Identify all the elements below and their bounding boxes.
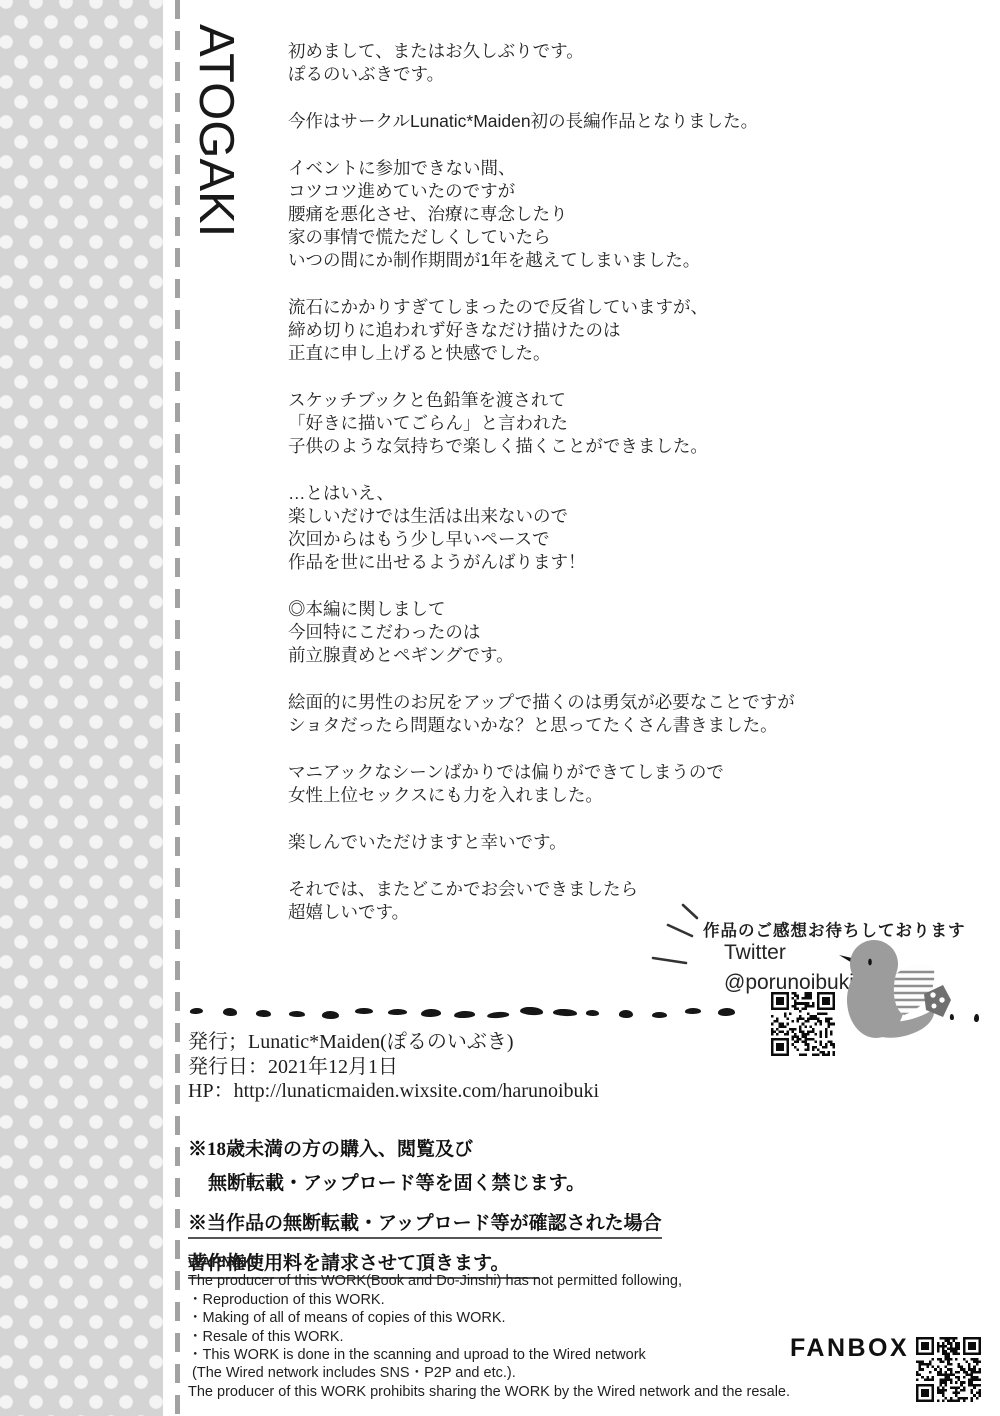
divider-dash [974,1014,979,1022]
warning-body: The producer of this WORK(Book and Do-Ji… [188,1272,790,1401]
bird-illustration [836,926,1000,1052]
afterword-paragraph: 流石にかかりすぎてしまったので反省していますが、 締め切りに追われず好きなだけ描… [288,296,978,365]
divider-dash [256,1009,271,1016]
divider-dash [289,1011,305,1017]
fanbox-qr-code [916,1337,981,1402]
publish-date-line: 発行日：2021年12月1日 [188,1055,599,1080]
divider-dash [355,1008,373,1015]
divider-dash [487,1011,509,1018]
hand-drawn-divider [190,1006,770,1020]
afterword-paragraph: イベントに参加できない間、 コツコツ進めていたのですが 腰痛を悪化させ、治療に専… [288,157,978,272]
vertical-dashed-divider [175,0,180,1416]
atogaki-vertical-title: ATOGAKI [188,24,244,294]
divider-dash [553,1008,577,1016]
publication-info: 発行；Lunatic*Maiden(ぽるのいぶき) 発行日：2021年12月1日… [188,1030,599,1104]
divider-dash [685,1008,701,1014]
publisher-line: 発行；Lunatic*Maiden(ぽるのいぶき) [188,1030,599,1055]
afterword-paragraph: 絵面的に男性のお尻をアップで描くのは勇気が必要なことですが ショタだったら問題な… [288,691,978,737]
bird-eye [868,959,872,966]
afterword-page: ATOGAKI 初めまして、またはお久しぶりです。 ぽるのいぶきです。 今作はサ… [0,0,1000,1416]
divider-dash [454,1010,475,1018]
divider-dash [652,1012,667,1019]
afterword-paragraph: スケッチブックと色鉛筆を渡されて 「好きに描いてごらん」と言われた 子供のような… [288,389,978,458]
hand-drawn-divider-end [950,1013,998,1025]
divider-dash [520,1006,543,1015]
twitter-label: Twitter [724,941,786,965]
warning-title: WARNING: [188,1254,790,1272]
divider-dash [322,1011,339,1019]
afterword-paragraph: 初めまして、またはお久しぶりです。 ぽるのいぶきです。 [288,40,978,86]
afterword-text: 初めまして、またはお久しぶりです。 ぽるのいぶきです。 今作はサークルLunat… [288,40,978,948]
twitter-qr-code [771,992,835,1056]
divider-dash [190,1008,203,1014]
notice-line-2: 無断転載・アップロード等を固く禁じます。 [208,1168,662,1195]
afterword-paragraph: 今作はサークルLunatic*Maiden初の長編作品となりました。 [288,110,978,133]
divider-dash [223,1008,237,1016]
english-warning: WARNING: The producer of this WORK(Book … [188,1254,790,1401]
divider-dash [950,1014,955,1020]
divider-dash [421,1009,441,1017]
fanbox-label: FANBOX [790,1334,909,1363]
afterword-paragraph: 楽しんでいただけますと幸いです。 [288,831,978,854]
notice-line-1: ※18歳未満の方の購入、閲覧及び [188,1134,662,1161]
divider-dash [388,1009,407,1015]
divider-dash [586,1010,599,1016]
divider-dash [718,1008,735,1016]
afterword-paragraph: …とはいえ、 楽しいだけでは生活は出来ないので 次回からはもう少し早いペースで … [288,482,978,574]
divider-dash [619,1010,633,1018]
emphasis-lines-icon [645,898,705,968]
polka-dot-strip [0,0,163,1416]
notice-line-3: ※当作品の無断転載・アップロード等が確認された場合 [188,1208,662,1239]
homepage-line: HP：http://lunaticmaiden.wixsite.com/haru… [188,1079,599,1104]
afterword-paragraph: マニアックなシーンばかりでは偏りができてしまうので 女性上位セックスにも力を入れ… [288,761,978,807]
afterword-paragraph: ◎本編に関しまして 今回特にこだわったのは 前立腺責めとペギングです。 [288,598,978,667]
